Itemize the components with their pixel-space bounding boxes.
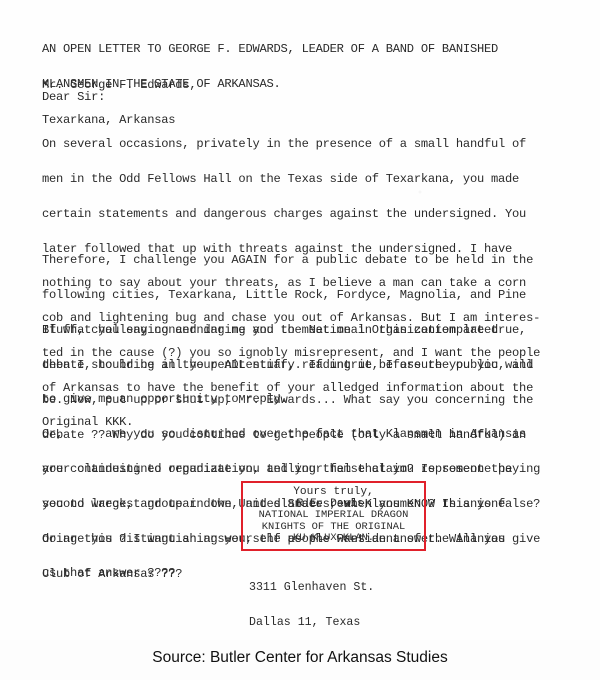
signature-closing: Yours truly, (243, 487, 424, 499)
highlighted-signature-box: Yours truly, R.E. Davis, NATIONAL IMPERI… (241, 481, 426, 551)
return-address-city: Dallas 11, Texas (249, 617, 374, 629)
paragraph-line: then I should be in the penitentiary. If… (42, 360, 540, 372)
paragraph-line: Or, are you so disturbed over the fact t… (42, 429, 540, 441)
scanned-letter-page: AN OPEN LETTER TO GEORGE F. EDWARDS, LEA… (0, 0, 600, 640)
paragraph-line: If what you say concerning me and the Na… (42, 325, 540, 337)
paragraph-line: be. Now, put up or shut up, Mr. Edwards.… (42, 395, 540, 407)
salutation: Dear Sir: (42, 92, 105, 104)
source-caption: Source: Butler Center for Arkansas Studi… (0, 649, 600, 667)
paragraph-line: following cities, Texarkana, Little Rock… (42, 290, 533, 302)
return-address-street: 3311 Glenhaven St. (249, 582, 374, 594)
paragraph-line: men in the Odd Fellows Hall on the Texas… (42, 174, 540, 186)
paragraph-line: are continuing to repudiate you and your… (42, 464, 540, 476)
signature-block: Yours truly, R.E. Davis, NATIONAL IMPERI… (243, 487, 424, 545)
paragraph-line: certain statements and dangerous charges… (42, 209, 540, 221)
paragraph-line: On several occasions, privately in the p… (42, 139, 540, 151)
signature-title-line: KU KLUX KLAN. (243, 533, 424, 545)
paragraph-line: Therefore, I challenge you AGAIN for a p… (42, 255, 533, 267)
heading-line: AN OPEN LETTER TO GEORGE F. EDWARDS, LEA… (42, 44, 498, 56)
return-address: 3311 Glenhaven St. Dallas 11, Texas (249, 558, 374, 652)
